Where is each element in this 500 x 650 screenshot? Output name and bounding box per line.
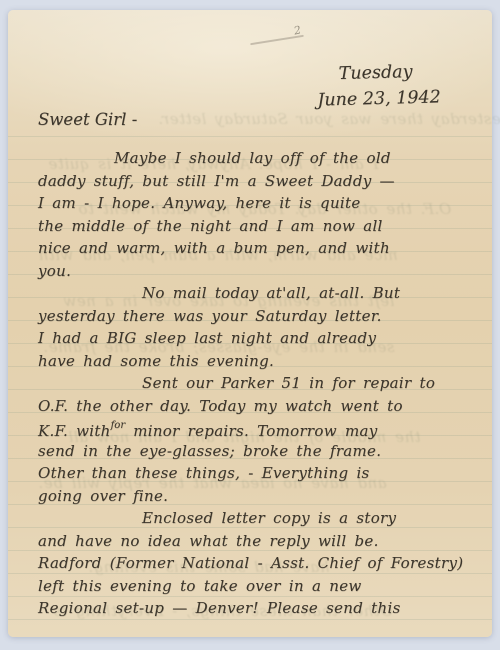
letter-line: you. [38,260,476,283]
salutation: Sweet Girl - [38,110,137,129]
letter-line: the middle of the night and I am now all [38,215,476,238]
letter-line: Regional set-up — Denver! Please send th… [38,597,476,620]
letter-content: Tuesday June 23, 1942 Sweet Girl - Maybe… [8,10,492,637]
letter-line: and have no idea what the reply will be. [38,530,476,553]
letter-line: Enclosed letter copy is a story [38,507,476,530]
letter-line: left this evening to take over in a new [38,575,476,598]
letter-line: yesterday there was your Saturday letter… [38,305,476,328]
letter-line: O.F. the other day. Today my watch went … [38,395,476,418]
letter-line: nice and warm, with a bum pen, and with [38,237,476,260]
date-day: Tuesday [338,58,440,87]
letter-line: Radford (Former National - Asst. Chief o… [38,552,476,575]
letter-line: have had some this evening. [38,350,476,373]
letter-line: I am - I hope. Anyway, here it is quite [38,192,476,215]
letter-line: daddy stuff, but still I'm a Sweet Daddy… [38,170,476,193]
line-text: minor repairs. Tomorrow may [125,422,377,440]
inserted-word: for [111,420,126,431]
date-block: Tuesday June 23, 1942 [316,58,441,113]
letter-line: Sent our Parker 51 in for repair to [38,372,476,395]
line-text: K.F. with [38,422,111,440]
letter-line: going over fine. [38,485,476,508]
letter-line: No mail today at'all, at-all. But [38,282,476,305]
letter-page: yesterday there was your Saturday letter… [8,10,492,637]
letter-body: Maybe I should lay off of the old daddy … [38,147,476,620]
letter-line: Other than these things, - Everything is [38,462,476,485]
letter-line: send in the eye-glasses; broke the frame… [38,440,476,463]
letter-line-with-insertion: K.F. withfor minor repairs. Tomorrow may [38,417,476,440]
letter-line: Maybe I should lay off of the old [38,147,476,170]
date-full: June 23, 1942 [317,84,441,113]
letter-line: I had a BIG sleep last night and already [38,327,476,350]
